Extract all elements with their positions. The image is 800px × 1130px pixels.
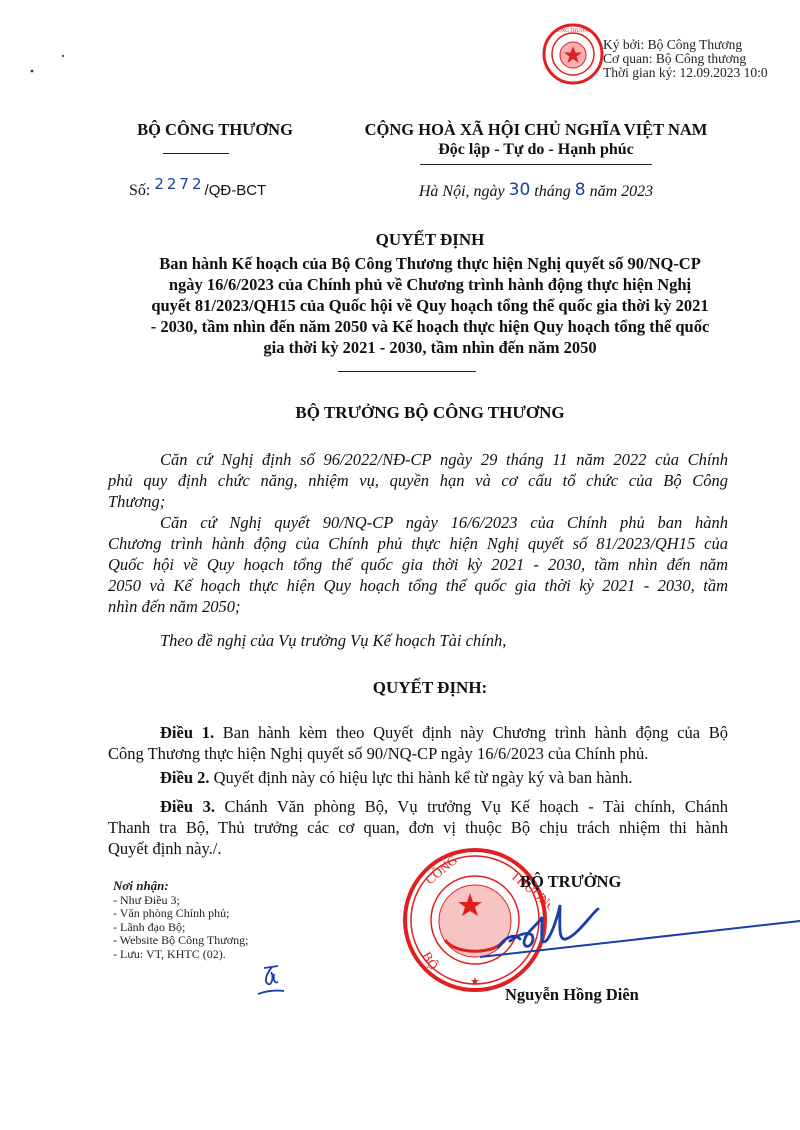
text-line: Căn cứ Nghị quyết 90/NQ-CP ngày 16/6/202… <box>108 512 728 533</box>
signer-title: BỘ TRƯỞNG <box>520 872 621 892</box>
recipient-item: - Văn phòng Chính phủ; <box>113 907 248 921</box>
text-line: Ban hành kèm theo Quyết định này Chương … <box>214 723 728 742</box>
preamble-paragraph: Căn cứ Nghị định số 96/2022/NĐ-CP ngày 2… <box>108 449 728 512</box>
text-line: Chương trình hành động của Chính phủ thự… <box>108 533 728 554</box>
month-label: tháng <box>534 183 570 200</box>
recipient-item: - Website Bộ Công Thương; <box>113 934 248 948</box>
signing-agency: Cơ quan: Bộ Công thương <box>603 52 768 66</box>
preamble-paragraph: Căn cứ Nghị quyết 90/NQ-CP ngày 16/6/202… <box>108 512 728 617</box>
text-line: Chánh Văn phòng Bộ, Vụ trưởng Vụ Kế hoạc… <box>215 797 728 816</box>
signing-time: Thời gian ký: 12.09.2023 10:0 <box>603 66 768 80</box>
recipient-item: - Lãnh đạo Bộ; <box>113 921 248 935</box>
text-line: Thương; <box>108 491 728 512</box>
national-motto: Độc lập - Tự do - Hạnh phúc <box>343 141 729 159</box>
article-label: Điều 2. <box>160 768 210 787</box>
recipient-item: - Như Điều 3; <box>113 894 248 908</box>
article-label: Điều 1. <box>160 723 214 742</box>
text-line: Công Thương thực hiện Nghị quyết số 90/N… <box>108 743 728 764</box>
subtitle-line: quyết 81/2023/QH15 của Quốc hội về Quy h… <box>90 295 770 316</box>
issuing-authority: BỘ TRƯỞNG BỘ CÔNG THƯƠNG <box>90 403 770 423</box>
recipients-heading: Nơi nhận: <box>113 879 248 893</box>
document-number-handwritten: 2272 <box>154 175 204 193</box>
issuing-organization: BỘ CÔNG THƯƠNG <box>120 120 310 140</box>
handwritten-signature-icon <box>480 895 800 975</box>
signed-by: Ký bởi: Bộ Công Thương <box>603 38 768 52</box>
document-number-suffix: /QĐ-BCT <box>205 182 267 199</box>
text-line: phủ quy định chức năng, nhiệm vụ, quyền … <box>108 470 728 491</box>
year-label: năm 2023 <box>590 183 654 200</box>
article-1: Điều 1. Ban hành kèm theo Quyết định này… <box>108 722 728 764</box>
text-line: Căn cứ Nghị định số 96/2022/NĐ-CP ngày 2… <box>108 449 728 470</box>
subtitle-line: Ban hành Kế hoạch của Bộ Công Thương thự… <box>90 253 770 274</box>
document-subtitle: Ban hành Kế hoạch của Bộ Công Thương thự… <box>90 253 770 358</box>
recipients-list: Nơi nhận: - Như Điều 3; - Văn phòng Chín… <box>113 879 248 961</box>
text-line: Quốc hội về Quy hoạch tổng thể quốc gia … <box>108 554 728 575</box>
document-number-label: Số: <box>129 182 150 199</box>
national-title: CỘNG HOÀ XÃ HỘI CHỦ NGHĨA VIỆT NAM <box>343 120 729 140</box>
recipient-item: - Lưu: VT, KHTC (02). <box>113 948 248 962</box>
motto-divider <box>420 164 652 165</box>
text-line: 2050 và Kế hoạch thực hiện Quy hoạch tổn… <box>108 575 728 596</box>
subtitle-line: ngày 16/6/2023 của Chính phủ về Chương t… <box>90 274 770 295</box>
subtitle-line: gia thời kỳ 2021 - 2030, tầm nhìn đến nă… <box>90 337 770 358</box>
svg-text:CÔNG THƯƠNG: CÔNG THƯƠNG <box>555 28 592 34</box>
day-handwritten: 30 <box>509 180 531 200</box>
text-line: nhìn đến năm 2050; <box>108 596 728 617</box>
text-line: Theo đề nghị của Vụ trưởng Vụ Kế hoạch T… <box>108 630 728 651</box>
document-number: Số: 2272/QĐ-BCT <box>129 181 266 200</box>
digital-signature-info: Ký bởi: Bộ Công Thương Cơ quan: Bộ Công … <box>603 38 768 80</box>
text-line: Thanh tra Bộ, Thủ trưởng các cơ quan, đơ… <box>108 817 728 838</box>
place-and-date: Hà Nội, ngày30tháng8năm 2023 <box>343 181 729 201</box>
month-handwritten: 8 <box>575 180 586 200</box>
handwritten-initial-icon <box>256 962 286 998</box>
article-label: Điều 3. <box>160 797 215 816</box>
subtitle-line: - 2030, tầm nhìn đến năm 2050 và Kế hoạc… <box>90 316 770 337</box>
preamble-paragraph: Theo đề nghị của Vụ trưởng Vụ Kế hoạch T… <box>108 630 728 651</box>
digital-signature-stamp-icon: CÔNG THƯƠNG <box>541 22 605 86</box>
organization-divider <box>163 153 229 154</box>
svg-text:★: ★ <box>470 976 480 988</box>
signer-name: Nguyễn Hồng Diên <box>505 985 639 1005</box>
document-title: QUYẾT ĐỊNH <box>90 230 770 250</box>
title-divider <box>338 371 476 372</box>
decision-heading: QUYẾT ĐỊNH: <box>90 678 770 698</box>
article-2: Điều 2. Quyết định này có hiệu lực thi h… <box>108 767 728 788</box>
place-prefix: Hà Nội, ngày <box>419 183 505 200</box>
text-line: Quyết định này có hiệu lực thi hành kể t… <box>210 768 633 787</box>
